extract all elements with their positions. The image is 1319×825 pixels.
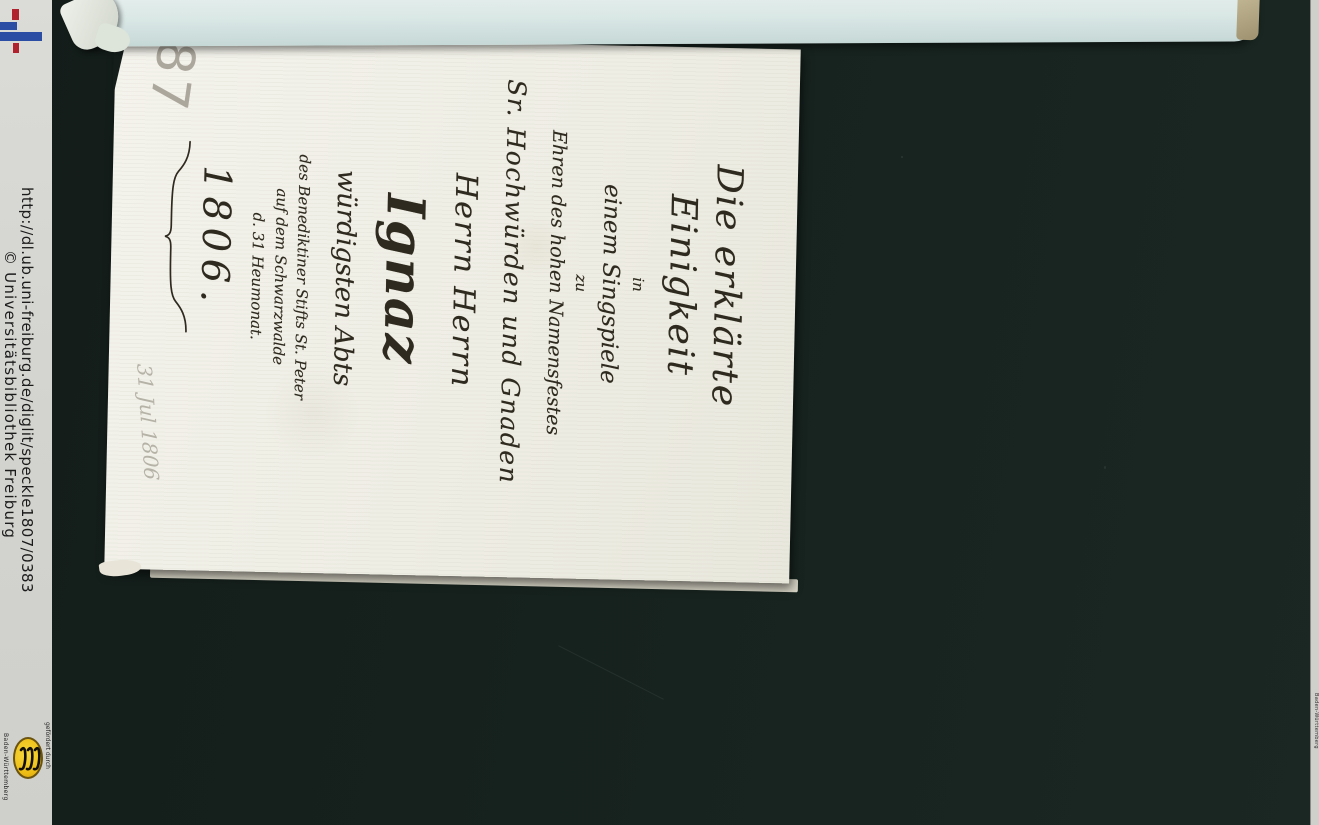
manuscript-line: Ehren des hohen Namensfestes xyxy=(539,73,572,493)
manuscript-line: in xyxy=(624,74,651,494)
manuscript-line: des Benediktiner Stifts St. Peter xyxy=(288,67,316,487)
clipped-edge-text: Baden-Württemberg xyxy=(1313,693,1319,749)
manuscript-line: würdigsten Abts xyxy=(322,68,365,489)
metadata-sidebar: http://dl.ub.uni-freiburg.de/diglit/spec… xyxy=(0,0,52,825)
manuscript-line: Sr. Hochwürden und Gnaden xyxy=(492,71,534,492)
manuscript-page: Die erklärte Einigkeit in einem Singspie… xyxy=(104,35,800,584)
source-url-text: http://dl.ub.uni-freiburg.de/diglit/spec… xyxy=(18,187,36,593)
manuscript-name-line: Ignaz xyxy=(369,69,438,490)
copyright-text: © Universitätsbibliothek Freiburg xyxy=(1,250,19,539)
manuscript-line: Herrn Herrn xyxy=(440,70,488,491)
baden-wuerttemberg-coat-of-arms-icon xyxy=(13,737,43,779)
ub-freiburg-logo-icon xyxy=(0,22,17,30)
right-edge-strip: Baden-Württemberg xyxy=(1310,0,1319,825)
book-edge-fragment xyxy=(1236,0,1260,40)
dust-speck xyxy=(1104,466,1106,469)
flourish-underbrace xyxy=(160,137,192,336)
ub-freiburg-logo-icon xyxy=(12,9,19,20)
scan-viewport: { "sidebar": { "url_text": "http://dl.ub… xyxy=(0,0,1319,825)
manuscript-line: einem Singspiele xyxy=(591,74,629,495)
funding-region-text: Baden-Württemberg xyxy=(2,733,9,801)
ub-freiburg-logo-icon xyxy=(0,32,42,41)
funding-label: gefördert durch xyxy=(44,722,51,769)
manuscript-text-block: Die erklärte Einigkeit in einem Singspie… xyxy=(104,35,800,584)
scanner-bed-scratch xyxy=(558,645,664,699)
manuscript-line: zu xyxy=(568,73,595,493)
ub-freiburg-logo-icon xyxy=(13,43,19,53)
dust-speck xyxy=(901,156,903,158)
manuscript-title-line: Die erklärte Einigkeit xyxy=(654,75,753,497)
pencil-folio-number: 87 xyxy=(137,36,207,116)
overlying-page-edge xyxy=(78,0,1256,47)
